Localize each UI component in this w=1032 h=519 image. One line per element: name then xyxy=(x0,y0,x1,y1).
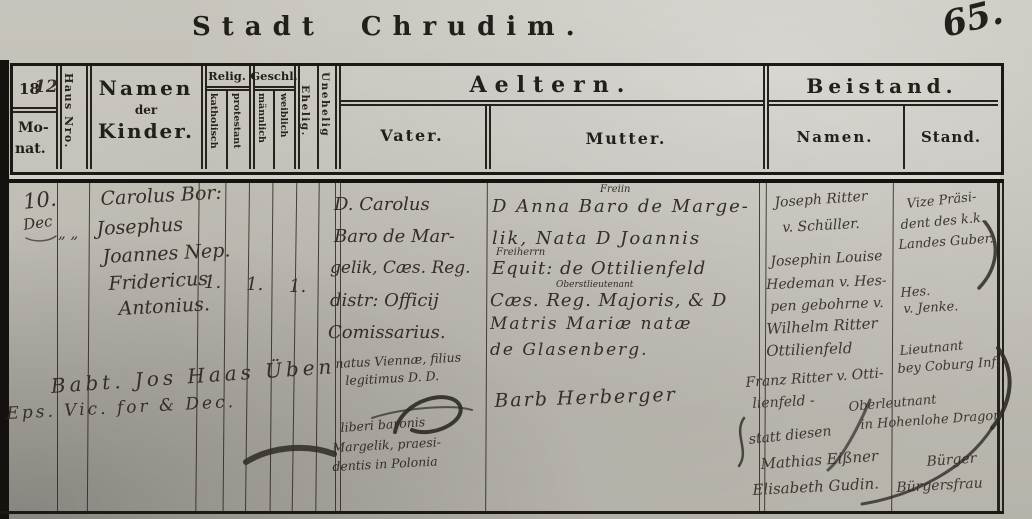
rule xyxy=(485,183,488,511)
ehelig-label: Ehelig. xyxy=(299,85,311,169)
entry-month: Dec xyxy=(22,212,54,234)
register-page: Stadt Chrudim. 65. 18 12 Mo- nat. Haus N… xyxy=(0,0,1032,519)
maennlich-label: männlich xyxy=(256,93,267,169)
rule xyxy=(90,66,92,169)
witness-name-line: lienfeld - xyxy=(752,393,815,412)
witness-name-line: Elisabeth Gudin. xyxy=(752,474,879,499)
page-number: 65. xyxy=(938,0,1007,46)
witness-stand-line: Bürgersfrau xyxy=(896,475,983,495)
witness-name-line: Ottilienfeld xyxy=(766,339,853,360)
rule xyxy=(767,66,769,169)
father-line: Margelik, praesi- xyxy=(332,434,441,455)
rule xyxy=(245,183,250,511)
year-handwritten: 12 xyxy=(34,77,58,97)
witness-stand-line: Vize Präsi- xyxy=(906,190,977,212)
rule xyxy=(253,89,294,91)
rule xyxy=(87,183,91,511)
month-col-label: Mo- xyxy=(18,120,49,136)
father-line: dentis in Polonia xyxy=(332,453,438,473)
katholisch-label: katholisch xyxy=(208,93,219,169)
rule xyxy=(13,107,56,109)
mother-line: Equit: de Ottilienfeld xyxy=(492,258,706,279)
mother-line: Matris Mariæ natæ xyxy=(490,314,692,334)
rule xyxy=(205,66,207,169)
rule xyxy=(339,100,763,102)
witness-name-line: Mathias Eißner xyxy=(760,447,879,473)
rule xyxy=(339,66,341,169)
kinder-label: Namen xyxy=(99,76,194,100)
mother-line: D Anna Baro de Marge- xyxy=(492,196,750,217)
relig-label: Relig. xyxy=(208,69,246,83)
rule xyxy=(485,104,487,169)
father-line: D. Carolus xyxy=(334,194,430,215)
weiblich-label: weiblich xyxy=(278,93,289,169)
scan-edge-left xyxy=(0,60,9,519)
rule xyxy=(0,179,1004,183)
father-line: Baro de Mar- xyxy=(334,226,455,247)
rule xyxy=(223,183,227,511)
stand-label: Stand. xyxy=(921,128,981,146)
mother-line: lik, Nata D Joannis xyxy=(492,228,701,249)
witness-name-line: statt diesen xyxy=(748,423,832,448)
protestant-label: protestant xyxy=(231,93,242,169)
father-line: natus Viennæ, filius xyxy=(335,349,461,371)
child-name-line: Josephus xyxy=(96,213,183,239)
witness-name-line: v. Schüller. xyxy=(782,216,860,236)
rule xyxy=(226,89,228,169)
rule xyxy=(253,86,294,88)
month-col-label: nat. xyxy=(15,141,46,157)
rule xyxy=(201,66,203,169)
child-name-line: Joannes Nep. xyxy=(102,239,231,268)
mother-superscript: Freiin xyxy=(600,184,630,195)
rule xyxy=(195,183,200,511)
rule xyxy=(315,183,320,511)
witness-stand-line: Bürger xyxy=(926,451,977,470)
witness-stand-line: v. Jenke. xyxy=(903,299,959,317)
rule xyxy=(997,183,1000,511)
witness-stand-line: Lieutnant xyxy=(899,338,964,359)
mutter-label: Mutter. xyxy=(586,129,667,148)
father-line: Comissarius. xyxy=(328,322,446,343)
witness-stand-line: bey Coburg Inf: xyxy=(897,355,1001,377)
rule xyxy=(270,183,274,511)
rule xyxy=(205,86,249,88)
witness-name-line: Joseph Ritter xyxy=(774,188,868,210)
rule xyxy=(1002,183,1004,511)
haus-nro-label: Haus Nro. xyxy=(62,73,75,168)
tally-ehelig: 1. xyxy=(289,276,306,297)
kinder-label: der xyxy=(135,103,157,117)
kinder-label: Kinder. xyxy=(98,119,194,143)
mother-line: de Glasenberg. xyxy=(490,340,649,360)
witness-stand-line: dent des k.k. xyxy=(900,211,986,233)
father-line: distr: Officij xyxy=(330,290,439,311)
witness-name-line: Hedeman v. Hes- xyxy=(766,273,887,293)
rule xyxy=(767,100,998,102)
page-title: Stadt Chrudim. xyxy=(192,12,586,42)
father-line: gelik, Cæs. Reg. xyxy=(330,258,471,278)
child-name-line: Fridericus xyxy=(108,268,209,295)
vater-label: Vater. xyxy=(380,126,443,145)
unehelig-label: Unehelig xyxy=(319,72,331,169)
father-line: liberi baronis xyxy=(340,414,426,435)
mother-superscript: Oberstlieutenant xyxy=(556,280,633,290)
mother-superscript: Freiherrn xyxy=(496,247,545,258)
witness-name-line: Wilhelm Ritter xyxy=(766,314,878,338)
witness-stand-line: Landes Guber. xyxy=(898,231,994,253)
midwife-signature: Barb Herberger xyxy=(494,384,677,412)
baptism-note: Eps. Vic. for & Dec. xyxy=(6,392,237,424)
rule xyxy=(13,111,56,113)
tally-maennlich: 1. xyxy=(246,274,263,295)
child-name-line: Carolus Bor: xyxy=(100,182,222,210)
mother-line: Cæs. Reg. Majoris, & D xyxy=(490,290,727,311)
beistand-label: Beistand. xyxy=(806,74,957,98)
witness-stand-line: Hes. xyxy=(900,284,931,301)
rule xyxy=(903,104,905,169)
geschl-label: Geschl. xyxy=(250,69,297,83)
rule xyxy=(0,511,1004,514)
father-line: legitimus D. D. xyxy=(345,368,439,388)
entry-day: 10. xyxy=(22,187,58,214)
rule xyxy=(273,89,275,169)
rule xyxy=(86,66,88,169)
rule xyxy=(489,104,491,169)
rule xyxy=(292,183,298,511)
namen-label: Namen. xyxy=(797,128,874,146)
rule xyxy=(767,104,998,106)
witness-name-line: pen gebohrne v. xyxy=(770,295,884,315)
haus-ditto-mark: „ „ xyxy=(58,224,78,242)
witness-name-line: Josephin Louise xyxy=(770,248,883,270)
rule xyxy=(763,66,765,169)
rule xyxy=(339,104,763,106)
tally-katholisch: 1. xyxy=(204,272,221,293)
rule xyxy=(891,183,894,511)
aeltern-label: Aeltern. xyxy=(470,72,633,98)
rule xyxy=(205,89,249,91)
rule xyxy=(335,66,337,169)
